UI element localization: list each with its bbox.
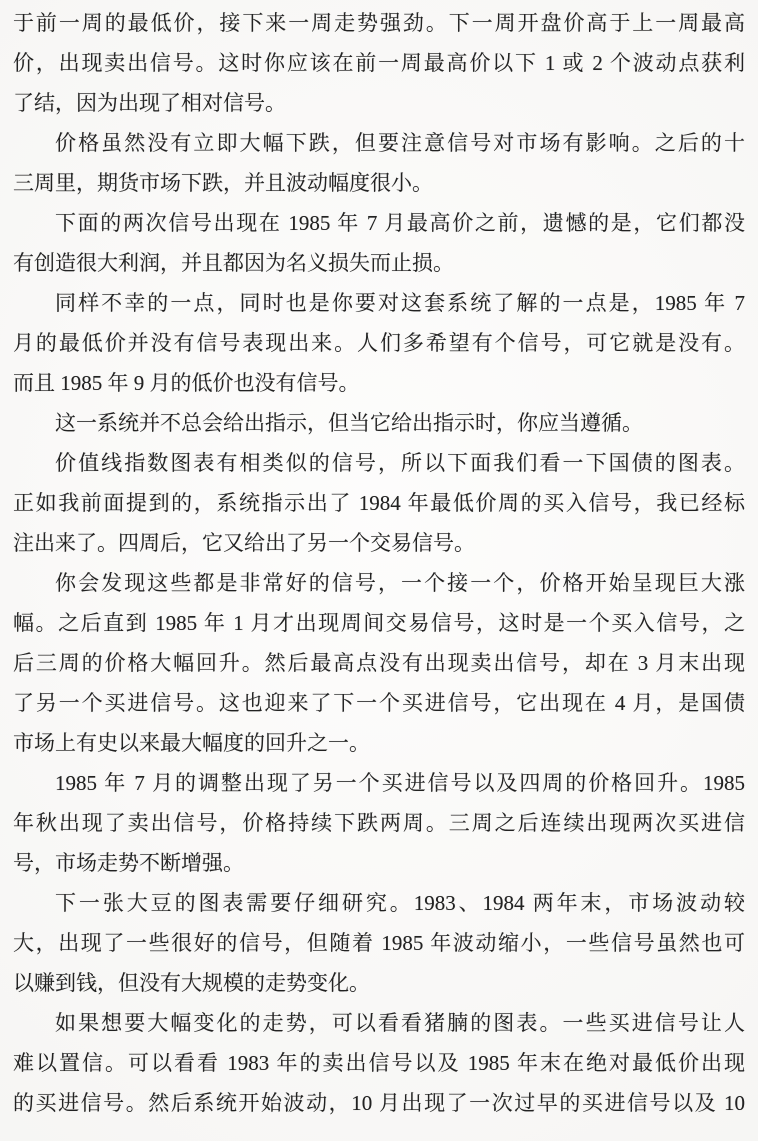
text-line: 你会发现这些都是非常好的信号，一个接一个，价格开始呈现巨大涨	[13, 563, 745, 603]
paragraph: 1985 年 7 月的调整出现了另一个买进信号以及四周的价格回升。1985 年秋…	[13, 763, 745, 883]
text-line: 注出来了。四周后，它又给出了另一个交易信号。	[13, 523, 745, 563]
paragraph: 于前一周的最低价，接下来一周走势强劲。下一周开盘价高于上一周最高 价，出现卖出信…	[13, 3, 745, 123]
text-line: 了另一个买进信号。这也迎来了下一个买进信号，它出现在 4 月，是国债	[13, 683, 745, 723]
text-line: 大，出现了一些很好的信号，但随着 1985 年波动缩小，一些信号虽然也可	[13, 923, 745, 963]
paragraph: 同样不幸的一点，同时也是你要对这套系统了解的一点是，1985 年 7 月的最低价…	[13, 283, 745, 403]
paragraph: 下面的两次信号出现在 1985 年 7 月最高价之前，遗憾的是，它们都没 有创造…	[13, 203, 745, 283]
text-line: 号，市场走势不断增强。	[13, 843, 745, 883]
text-line: 这一系统并不总会给出指示，但当它给出指示时，你应当遵循。	[13, 403, 745, 443]
text-line: 幅。之后直到 1985 年 1 月才出现周间交易信号，这时是一个买入信号，之	[13, 603, 745, 643]
paragraph: 价值线指数图表有相类似的信号，所以下面我们看一下国债的图表。 正如我前面提到的，…	[13, 443, 745, 563]
text-line: 下一张大豆的图表需要仔细研究。1983、1984 两年末，市场波动较	[13, 883, 745, 923]
text-line: 难以置信。可以看看 1983 年的卖出信号以及 1985 年末在绝对最低价出现	[13, 1043, 745, 1083]
text-line: 市场上有史以来最大幅度的回升之一。	[13, 723, 745, 763]
text-line: 如果想要大幅变化的走势，可以看看猪腩的图表。一些买进信号让人	[13, 1003, 745, 1043]
paragraph: 价格虽然没有立即大幅下跌，但要注意信号对市场有影响。之后的十 三周里，期货市场下…	[13, 123, 745, 203]
text-line: 三周里，期货市场下跌，并且波动幅度很小。	[13, 163, 745, 203]
text-line: 年秋出现了卖出信号，价格持续下跌两周。三周之后连续出现两次买进信	[13, 803, 745, 843]
book-page: 于前一周的最低价，接下来一周走势强劲。下一周开盘价高于上一周最高 价，出现卖出信…	[0, 0, 758, 1141]
text-line: 1985 年 7 月的调整出现了另一个买进信号以及四周的价格回升。1985	[13, 763, 745, 803]
text-line: 下面的两次信号出现在 1985 年 7 月最高价之前，遗憾的是，它们都没	[13, 203, 745, 243]
paragraph: 这一系统并不总会给出指示，但当它给出指示时，你应当遵循。	[13, 403, 745, 443]
paragraph: 如果想要大幅变化的走势，可以看看猪腩的图表。一些买进信号让人 难以置信。可以看看…	[13, 1003, 745, 1123]
text-line: 于前一周的最低价，接下来一周走势强劲。下一周开盘价高于上一周最高	[13, 3, 745, 43]
paragraph: 你会发现这些都是非常好的信号，一个接一个，价格开始呈现巨大涨 幅。之后直到 19…	[13, 563, 745, 763]
text-line: 正如我前面提到的，系统指示出了 1984 年最低价周的买入信号，我已经标	[13, 483, 745, 523]
text-line: 价格虽然没有立即大幅下跌，但要注意信号对市场有影响。之后的十	[13, 123, 745, 163]
text-line: 有创造很大利润，并且都因为名义损失而止损。	[13, 243, 745, 283]
text-line: 价值线指数图表有相类似的信号，所以下面我们看一下国债的图表。	[13, 443, 745, 483]
text-line: 月的最低价并没有信号表现出来。人们多希望有个信号，可它就是没有。	[13, 323, 745, 363]
paragraph: 下一张大豆的图表需要仔细研究。1983、1984 两年末，市场波动较 大，出现了…	[13, 883, 745, 1003]
text-line: 了结，因为出现了相对信号。	[13, 83, 745, 123]
text-line: 同样不幸的一点，同时也是你要对这套系统了解的一点是，1985 年 7	[13, 283, 745, 323]
text-line: 后三周的价格大幅回升。然后最高点没有出现卖出信号，却在 3 月末出现	[13, 643, 745, 683]
text-line: 价，出现卖出信号。这时你应该在前一周最高价以下 1 或 2 个波动点获利	[13, 43, 745, 83]
text-line: 而且 1985 年 9 月的低价也没有信号。	[13, 363, 745, 403]
text-line: 以赚到钱，但没有大规模的走势变化。	[13, 963, 745, 1003]
text-line: 的买进信号。然后系统开始波动，10 月出现了一次过早的买进信号以及 10	[13, 1083, 745, 1123]
